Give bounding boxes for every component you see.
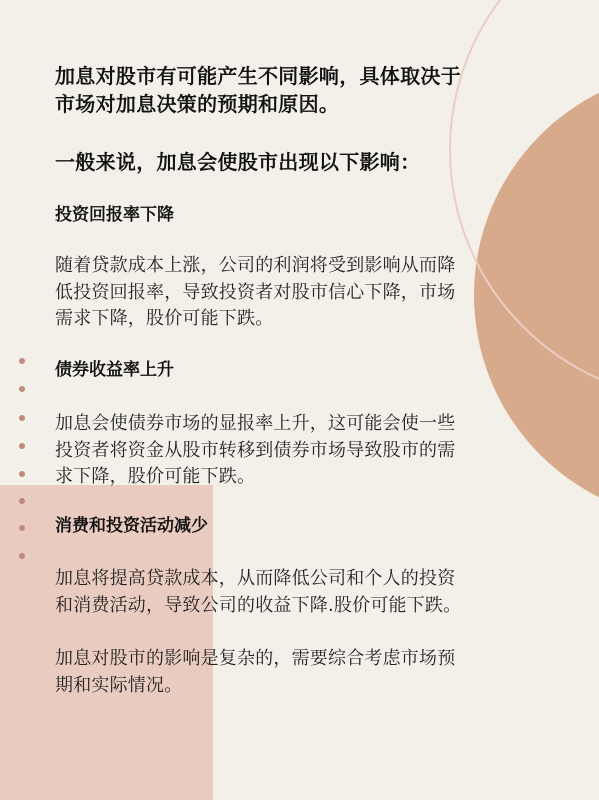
section-heading-consumption-investment: 消费和投资活动减少: [55, 514, 208, 538]
bullet-dot-icon: [19, 553, 25, 559]
section-body-line: 需求下降，股价可能下跌。: [55, 306, 273, 333]
bullet-dot-icon: [19, 386, 25, 392]
section-body-line: 和消费活动，导致公司的收益下降.股价可能下跌。: [55, 593, 461, 620]
section-body-line: 加息将提高贷款成本，从而降低公司和个人的投资: [55, 566, 455, 593]
bullet-dot-icon: [19, 443, 25, 449]
bullet-dot-icon: [19, 415, 25, 421]
decorative-ring-arc: [449, 0, 599, 401]
bullet-dot-icon: [19, 471, 25, 477]
section-heading-investment-return: 投资回报率下降: [55, 203, 174, 227]
bullet-dot-icon: [19, 358, 25, 364]
section-body-line: 随着贷款成本上涨，公司的利润将受到影响从而降: [55, 253, 455, 280]
section-body-line: 投资者将资金从股市转移到债券市场导致股市的需: [55, 438, 455, 465]
bullet-dot-icon: [19, 525, 25, 531]
section-body-line: 加息会使债券市场的显报率上升，这可能会使一些: [55, 411, 455, 438]
conclusion-line-1: 加息对股市的影响是复杂的，需要综合考虑市场预: [55, 646, 455, 673]
section-body-line: 求下降，股价可能下跌。: [55, 464, 255, 491]
conclusion-line-2: 期和实际情况。: [55, 673, 182, 700]
section-body-line: 低投资回报率，导致投资者对股市信心下降，市场: [55, 280, 455, 307]
title-line-1: 加息对股市有可能产生不同影响，具体取决于: [55, 62, 461, 90]
title-line-2: 市场对加息决策的预期和原因。: [55, 90, 339, 118]
bullet-dot-icon: [19, 498, 25, 504]
lead-text: 一般来说，加息会使股市出现以下影响：: [55, 148, 420, 176]
section-heading-bond-yield: 债券收益率上升: [55, 358, 174, 382]
decorative-filled-circle: [474, 69, 599, 521]
